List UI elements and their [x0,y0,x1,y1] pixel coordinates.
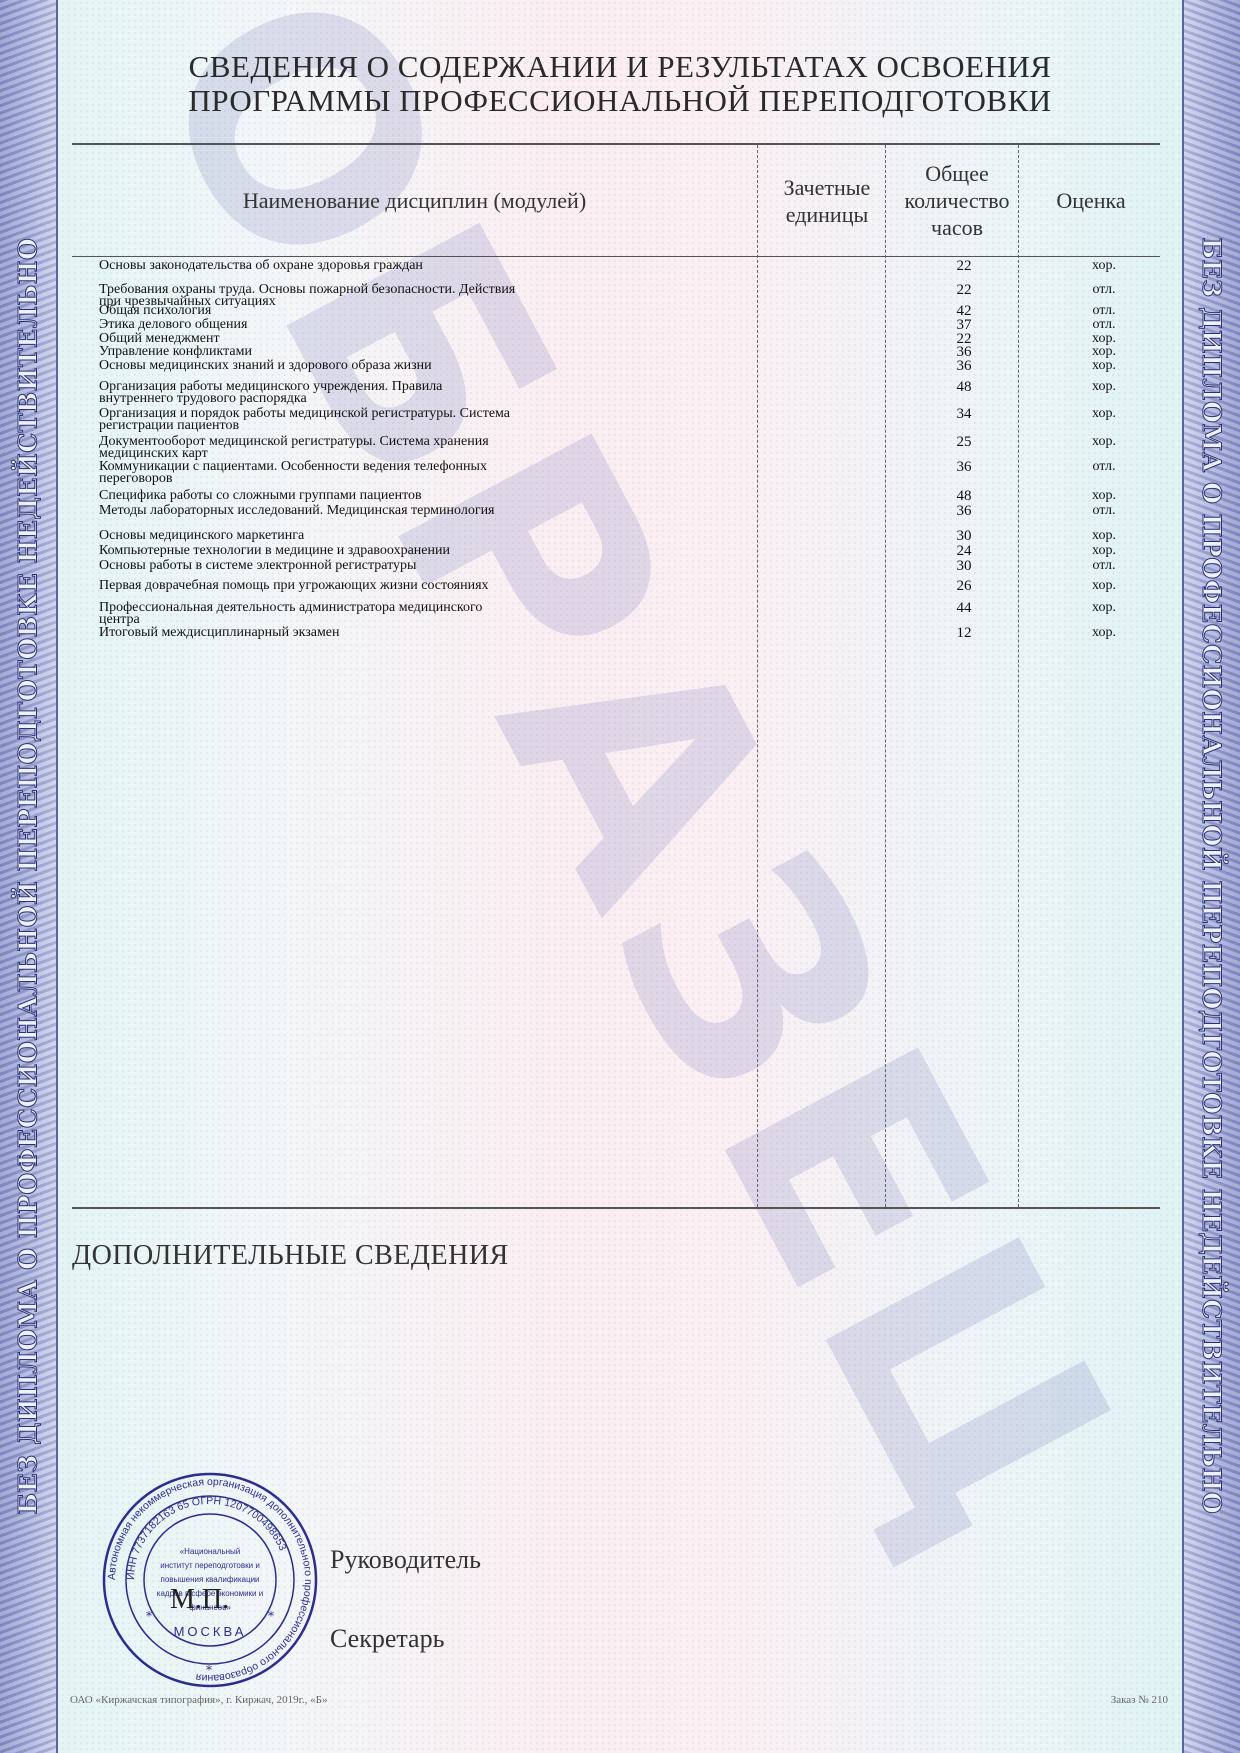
grade-value: отл. [1064,560,1144,572]
stamp-center-line: институт переподготовки и [160,1561,260,1570]
grade-value: хор. [1064,580,1144,592]
hours-value: 30 [934,530,994,542]
grade-value: хор. [1064,530,1144,542]
grade-value: отл. [1064,461,1144,473]
left-security-border: БЕЗ ДИПЛОМА О ПРОФЕССИОНАЛЬНОЙ ПЕРЕПОДГО… [0,0,58,1753]
left-border-caption: БЕЗ ДИПЛОМА О ПРОФЕССИОНАЛЬНОЙ ПЕРЕПОДГО… [14,238,43,1515]
grade-value: отл. [1064,305,1144,317]
grade-value: отл. [1064,284,1144,296]
grade-value: отл. [1064,505,1144,517]
header-divider [72,256,1160,257]
discipline-name: Основы работы в системе электронной реги… [99,560,519,572]
hours-value: 36 [934,360,994,372]
grade-value: хор. [1064,436,1144,448]
hours-value: 37 [934,319,994,331]
discipline-name: Основы законодательства об охране здоров… [99,260,519,272]
hours-value: 24 [934,545,994,557]
grade-value: хор. [1064,408,1144,420]
hours-value: 25 [934,436,994,448]
header-discipline: Наименование дисциплин (модулей) [72,145,757,256]
hours-value: 48 [934,490,994,502]
hours-value: 36 [934,346,994,358]
title-line-2: программы профессиональной переподготовк… [70,84,1170,118]
discipline-name: Организация и порядок работы медицинской… [99,408,519,432]
printer-imprint: ОАО «Киржачская типография», г. Киржач, … [70,1694,328,1706]
hours-value: 22 [934,284,994,296]
order-number: Заказ № 210 [1111,1694,1168,1706]
grade-value: хор. [1064,381,1144,393]
hours-value: 42 [934,305,994,317]
organization-stamp: Автономная некоммерческая организация до… [100,1470,320,1690]
discipline-name: Профессиональная деятельность администра… [99,602,519,626]
seal-placeholder: М.П. [170,1584,229,1616]
column-divider [757,145,758,1207]
star-icon: * [268,1609,274,1623]
disciplines-table: Наименование дисциплин (модулей) Зачетны… [72,143,1160,1209]
director-signature-label: Руководитель [330,1545,481,1575]
discipline-name: Первая доврачебная помощь при угрожающих… [99,580,519,592]
discipline-name: Итоговый междисциплинарный экзамен [99,627,519,639]
discipline-name: Специфика работы со сложными группами па… [99,490,519,502]
page-title: Сведения о содержании и результатах осво… [70,50,1170,118]
right-security-border: БЕЗ ДИПЛОМА О ПРОФЕССИОНАЛЬНОЙ ПЕРЕПОДГО… [1182,0,1240,1753]
discipline-name: Документооборот медицинской регистратуры… [99,436,519,460]
grade-value: хор. [1064,545,1144,557]
hours-value: 44 [934,602,994,614]
stamp-city: МОСКВА [174,1624,247,1639]
stamp-center-line: «Национальный [180,1547,241,1556]
grade-value: хор. [1064,602,1144,614]
right-border-caption: БЕЗ ДИПЛОМА О ПРОФЕССИОНАЛЬНОЙ ПЕРЕПОДГО… [1198,238,1227,1515]
discipline-name: Методы лабораторных исследований. Медици… [99,505,519,517]
hours-value: 22 [934,260,994,272]
discipline-name: Общая психология [99,305,519,317]
discipline-name: Коммуникации с пациентами. Особенности в… [99,461,519,485]
header-credits: Зачетные единицы [772,145,882,256]
grade-value: хор. [1064,360,1144,372]
header-grade: Оценка [1022,145,1160,256]
column-divider [1018,145,1019,1207]
grade-value: хор. [1064,346,1144,358]
title-line-1: Сведения о содержании и результатах осво… [70,50,1170,84]
hours-value: 36 [934,461,994,473]
additional-info-heading: Дополнительные сведения [72,1240,509,1272]
stamp-center-line: повышения квалификации [160,1575,259,1584]
discipline-name: Этика делового общения [99,319,519,331]
secretary-signature-label: Секретарь [330,1624,444,1654]
column-divider [885,145,886,1207]
discipline-name: Основы медицинского маркетинга [99,530,519,542]
discipline-name: Основы медицинских знаний и здорового об… [99,360,519,372]
grade-value: хор. [1064,627,1144,639]
hours-value: 36 [934,505,994,517]
hours-value: 48 [934,381,994,393]
discipline-name: Компьютерные технологии в медицине и здр… [99,545,519,557]
grade-value: хор. [1064,490,1144,502]
grade-value: хор. [1064,260,1144,272]
discipline-name: Организация работы медицинского учрежден… [99,381,519,405]
star-icon: * [206,1663,212,1677]
grade-value: отл. [1064,319,1144,331]
hours-value: 12 [934,627,994,639]
header-hours: Общее количество часов [907,145,1007,256]
hours-value: 30 [934,560,994,572]
discipline-name: Управление конфликтами [99,346,519,358]
hours-value: 34 [934,408,994,420]
star-icon: * [146,1609,152,1623]
hours-value: 26 [934,580,994,592]
